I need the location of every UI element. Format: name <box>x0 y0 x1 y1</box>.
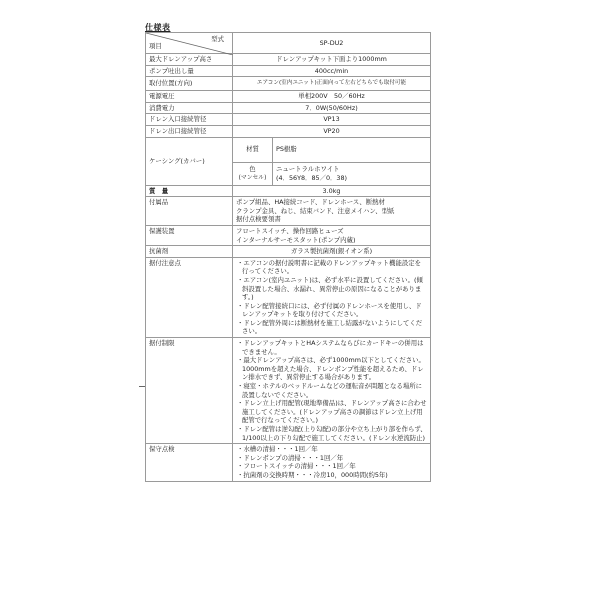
row-value: 単相200V 50／60Hz <box>233 91 431 103</box>
install-limits-label: 据付制限 <box>146 338 233 444</box>
antibacterial-row: 抗菌剤 ガラス製抗菌剤(銀イオン系) <box>146 246 431 258</box>
maintenance-item: ・抗菌剤の交換時期・・・冷房10，000時間(約5年) <box>236 471 427 480</box>
row-value: VP13 <box>233 114 431 126</box>
row-value: 400cc/min <box>233 65 431 77</box>
row-label: ドレン入口接続管径 <box>146 114 233 126</box>
note-item: ・ドレン配管外周には断熱材を施工し結露がないようにしてください。 <box>236 319 427 336</box>
protection-row: 保護装置 フロートスイッチ、操作回路ヒューズ インターナルサーモスタット(ポンプ… <box>146 225 431 245</box>
protection-value: フロートスイッチ、操作回路ヒューズ インターナルサーモスタット(ポンプ内蔵) <box>233 225 431 245</box>
color-value-sub: (4．56Y8．85／0．38) <box>276 174 427 183</box>
limit-item: ・ドレン配管は逆勾配(上り勾配)の部分や立ち上がり部を作らず、1/100以上の下… <box>236 425 427 442</box>
color-value-cell: ニュートラルホワイト (4．56Y8．85／0．38) <box>273 162 431 185</box>
note-item: ・ドレン配管接続口には、必ず付属のドレンホースを使用し、ドレンアップキットを取り… <box>236 302 427 319</box>
install-limits-value: ・ドレンアップキットとHAシステムならびにカードキーの併用はできません。 ・最大… <box>233 338 431 444</box>
row-value: 7．0W(50/60Hz) <box>233 102 431 114</box>
maintenance-item: ・水槽の清掃・・・1回／年 <box>236 445 427 454</box>
header-model-label: 型式 <box>211 35 224 44</box>
row-value: エアコン(室内ユニット)正面向って左右どちらでも取付可能 <box>233 77 431 91</box>
maintenance-label: 保守点検 <box>146 444 233 481</box>
table-row: 最大ドレンアップ高さ ドレンアップキット下面より1000mm <box>146 54 431 66</box>
weight-row: 質 量 3.0kg <box>146 185 431 197</box>
header-item-label: 項目 <box>149 42 162 51</box>
color-label: 色 <box>236 165 269 174</box>
material-label: 材質 <box>233 137 273 162</box>
row-label: ポンプ吐出し量 <box>146 65 233 77</box>
casing-material-row: ケーシング(カバー) 材質 PS樹脂 <box>146 137 431 162</box>
row-label: ドレン出口接続管径 <box>146 125 233 137</box>
install-limits-row: 据付制限 ・ドレンアップキットとHAシステムならびにカードキーの併用はできません… <box>146 338 431 444</box>
table-row: ドレン出口接続管径 VP20 <box>146 125 431 137</box>
accessory-line: ポンプ組品、HA接続コード、ドレンホース、断熱材 <box>236 198 427 207</box>
casing-label: ケーシング(カバー) <box>146 137 233 185</box>
limit-item: ・最大ドレンアップ高さは、必ず1000mm以下としてください。1000mmを超え… <box>236 356 427 382</box>
note-item: ・エアコンの据付説明書に記載のドレンアップキット機能設定を行ってください。 <box>236 259 427 276</box>
weight-label: 質 量 <box>146 185 233 197</box>
accessory-line: 据付点検要領書 <box>236 215 427 224</box>
color-value: ニュートラルホワイト <box>276 165 427 174</box>
table-row: ポンプ吐出し量 400cc/min <box>146 65 431 77</box>
weight-value: 3.0kg <box>233 185 431 197</box>
accessories-row: 付属品 ポンプ組品、HA接続コード、ドレンホース、断熱材 クランプ金具、ねじ、結… <box>146 197 431 226</box>
protection-line: フロートスイッチ、操作回路ヒューズ <box>236 227 427 236</box>
spec-table: 型式 項目 SP-DU2 最大ドレンアップ高さ ドレンアップキット下面より100… <box>145 32 431 482</box>
table-row: 消費電力 7．0W(50/60Hz) <box>146 102 431 114</box>
maintenance-row: 保守点検 ・水槽の清掃・・・1回／年 ・ドレンポンプの清掃・・・1回／年 ・フロ… <box>146 444 431 481</box>
maintenance-value: ・水槽の清掃・・・1回／年 ・ドレンポンプの清掃・・・1回／年 ・フロートスイッ… <box>233 444 431 481</box>
header-row: 型式 項目 SP-DU2 <box>146 33 431 54</box>
antibacterial-value: ガラス製抗菌剤(銀イオン系) <box>233 246 431 258</box>
row-label: 取付位置(方向) <box>146 77 233 91</box>
limit-item: ・ドレンアップキットとHAシステムならびにカードキーの併用はできません。 <box>236 339 427 356</box>
protection-label: 保護装置 <box>146 225 233 245</box>
accessories-value: ポンプ組品、HA接続コード、ドレンホース、断熱材 クランプ金具、ねじ、結束バンド… <box>233 197 431 226</box>
table-row: 電源電圧 単相200V 50／60Hz <box>146 91 431 103</box>
row-label: 最大ドレンアップ高さ <box>146 54 233 66</box>
table-row: 取付位置(方向) エアコン(室内ユニット)正面向って左右どちらでも取付可能 <box>146 77 431 91</box>
row-value: VP20 <box>233 125 431 137</box>
color-label-cell: 色 (マンセル) <box>233 162 273 185</box>
model-value: SP-DU2 <box>233 33 431 54</box>
row-label: 消費電力 <box>146 102 233 114</box>
protection-line: インターナルサーモスタット(ポンプ内蔵) <box>236 236 427 245</box>
install-notes-label: 据付注意点 <box>146 257 233 337</box>
install-notes-row: 据付注意点 ・エアコンの据付説明書に記載のドレンアップキット機能設定を行ってくだ… <box>146 257 431 337</box>
header-diagonal-cell: 型式 項目 <box>146 33 233 54</box>
limit-item: ・ドレン立上げ用配管(現地準備品)は、ドレンアップ高さに合わせ施工してください。… <box>236 399 427 425</box>
row-value: ドレンアップキット下面より1000mm <box>233 54 431 66</box>
accessories-label: 付属品 <box>146 197 233 226</box>
install-notes-value: ・エアコンの据付説明書に記載のドレンアップキット機能設定を行ってください。 ・エ… <box>233 257 431 337</box>
color-label-sub: (マンセル) <box>236 174 269 183</box>
note-item: ・エアコン(室内ユニット)は、必ず水平に設置してください。(傾斜設置した場合、水… <box>236 276 427 302</box>
maintenance-item: ・フロートスイッチの清掃・・・1回／年 <box>236 462 427 471</box>
limit-item: ・寝室・ホテルのベッドルームなどの運転音が問題となる場所に設置しないでください。 <box>236 382 427 399</box>
antibacterial-label: 抗菌剤 <box>146 246 233 258</box>
material-value: PS樹脂 <box>273 137 431 162</box>
table-row: ドレン入口接続管径 VP13 <box>146 114 431 126</box>
row-label: 電源電圧 <box>146 91 233 103</box>
